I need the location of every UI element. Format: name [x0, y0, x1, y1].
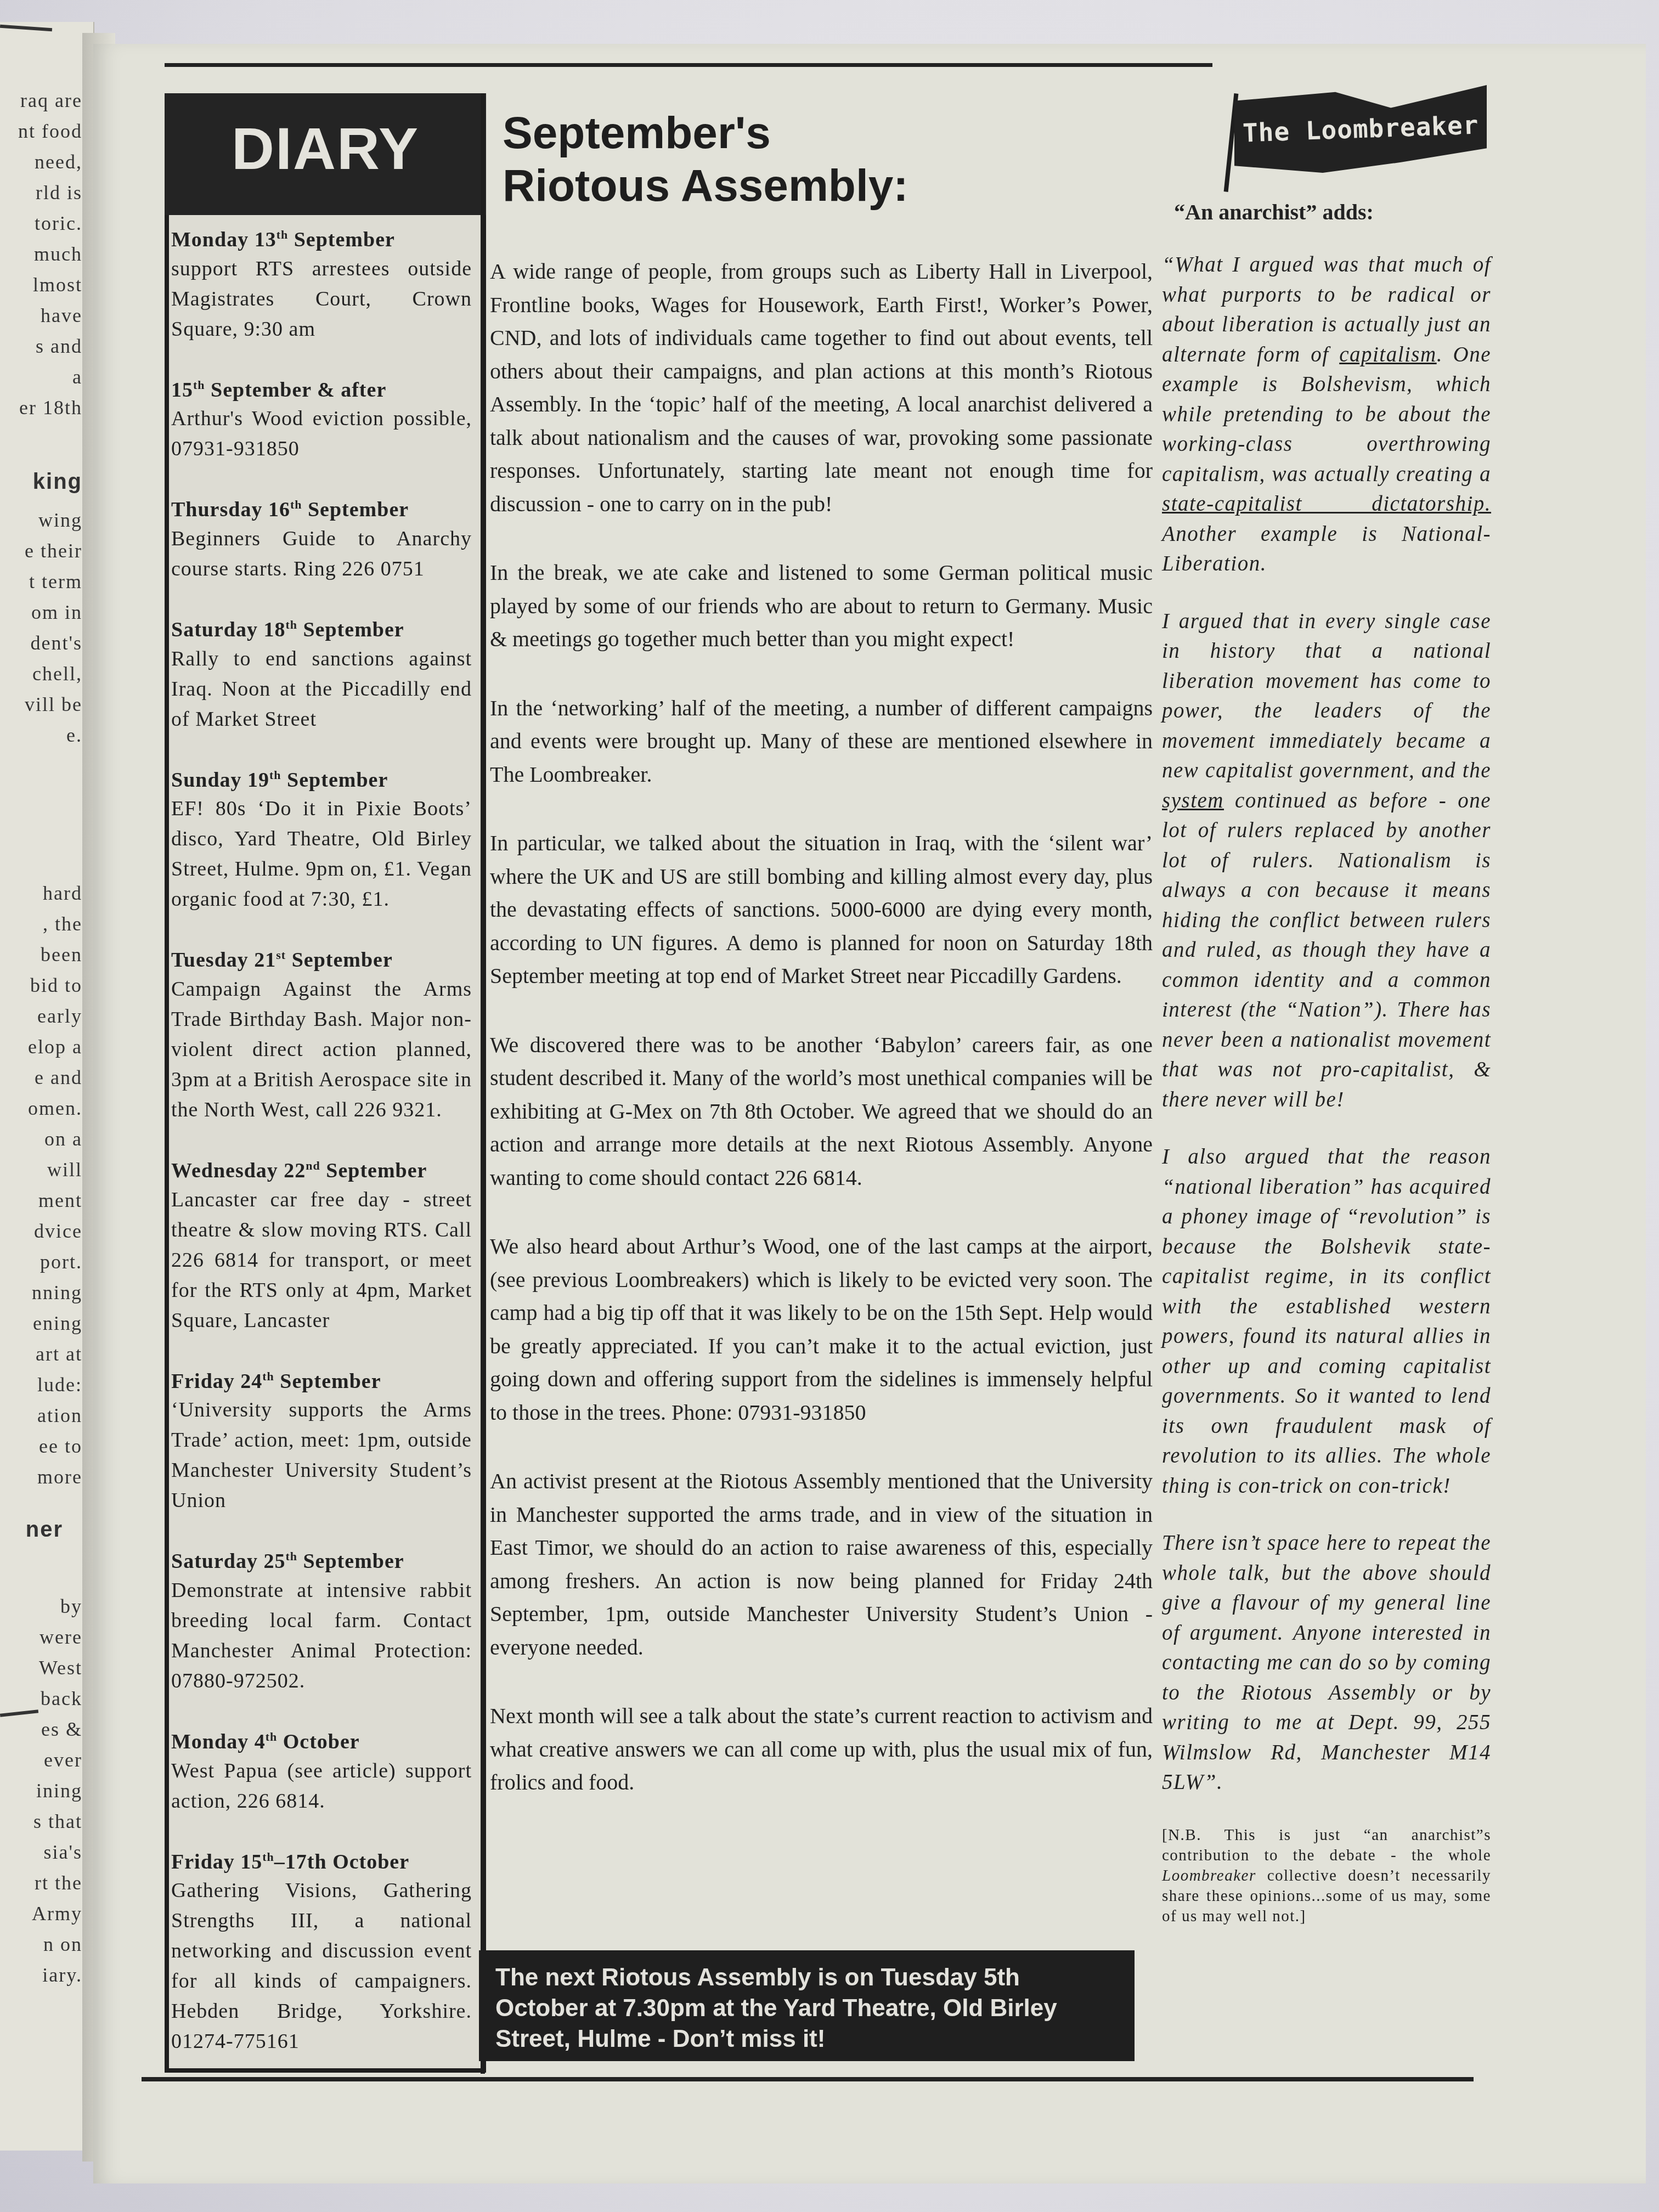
diary-entry-body: Lancaster car free day - street theatre … [171, 1185, 472, 1336]
diary-entry: Friday 24th September‘University support… [171, 1362, 472, 1516]
date-ordinal: th [285, 618, 297, 631]
left-page-text-line: e. [66, 720, 82, 751]
left-page-text-line: ee to [39, 1431, 82, 1462]
diary-entry-body: Demonstrate at intensive rabbit breeding… [171, 1576, 472, 1696]
date-ordinal: nd [306, 1159, 320, 1172]
left-page-text-line: early [37, 1001, 82, 1031]
date-month: September [288, 228, 395, 251]
date-day: 15 [171, 378, 193, 401]
diary-entry: Wednesday 22nd SeptemberLancaster car fr… [171, 1152, 472, 1336]
date-month: September [297, 618, 404, 641]
date-month: September & after [205, 378, 387, 401]
article-paragraph: We also heard about Arthur’s Wood, one o… [490, 1230, 1153, 1429]
left-page-text-line: es & [41, 1714, 82, 1745]
left-page-text-line: toric. [35, 208, 82, 239]
article-paragraph: In particular, we talked about the situa… [490, 827, 1153, 993]
left-page-text-line: om in [31, 597, 82, 628]
left-page-text-line: nt food [18, 116, 82, 146]
left-page-text-line: s and [36, 331, 82, 362]
left-page-text-line: raq are [20, 85, 82, 116]
date-day: Friday 15 [171, 1850, 262, 1873]
left-page-text-line: will [47, 1154, 82, 1185]
article-paragraph: An activist present at the Riotous Assem… [490, 1465, 1153, 1664]
date-day: Sunday 19 [171, 768, 269, 791]
left-page-text-line: Army [32, 1898, 82, 1929]
left-page-text-line: e and [35, 1062, 82, 1093]
article-paragraph: We discovered there was to be another ‘B… [490, 1029, 1153, 1195]
left-page-text-line: back [41, 1683, 82, 1714]
underlined-term: state-capitalist dictatorship. [1162, 492, 1491, 516]
diary-entry-date: Wednesday 22nd September [171, 1152, 472, 1185]
left-page-text-line: iary. [42, 1960, 82, 1990]
left-page-text-line: , the [43, 909, 82, 939]
diary-entry-date: Saturday 25th September [171, 1542, 472, 1576]
article-paragraph: In the ‘networking’ half of the meeting,… [490, 692, 1153, 792]
sidebar-paragraph: I also argued that the reason “national … [1162, 1142, 1491, 1501]
date-day: Saturday 18 [171, 618, 285, 641]
diary-entry-body: Beginners Guide to Anarchy course starts… [171, 524, 472, 584]
left-page-text-line: ation [37, 1400, 82, 1431]
top-rule [165, 63, 1212, 67]
diary-entry-date: Monday 4th October [171, 1723, 472, 1756]
sidebar-paragraph: There isn’t space here to repeat the who… [1162, 1528, 1491, 1798]
left-page-text-line: dent's [31, 628, 82, 658]
left-page-text-line: hard [43, 878, 82, 909]
article-title: September's Riotous Assembly: [503, 107, 1150, 212]
left-page-text-line: vill be [25, 689, 82, 720]
left-page-text-line: ining [36, 1775, 82, 1806]
left-page-text-line: lude: [37, 1369, 82, 1400]
left-page-text-line: wing [38, 505, 82, 535]
diary-title: DIARY [232, 114, 419, 183]
next-assembly-callout: The next Riotous Assembly is on Tuesday … [479, 1950, 1135, 2061]
text-span: continued as before - one lot of rulers … [1162, 789, 1491, 1111]
diary-entry: Monday 13th Septembersupport RTS arreste… [171, 221, 472, 345]
left-page-text-line: elop a [28, 1031, 82, 1062]
left-page-text-line: a [72, 362, 82, 392]
left-page-text-line: ening [33, 1308, 82, 1339]
flag-banner-icon: The Loombreaker [1234, 85, 1487, 173]
left-page-text-line: nning [32, 1277, 82, 1308]
date-month: September [274, 1369, 381, 1392]
date-month: September [302, 498, 409, 521]
date-ordinal: th [276, 228, 289, 241]
date-day: Saturday 25 [171, 1550, 285, 1573]
diary-entry-date: 15th September & after [171, 371, 472, 404]
left-page-heading-1: king [33, 466, 82, 497]
underlined-term: system [1162, 789, 1224, 812]
text-span: [N.B. This is just “an anarchist”s contr… [1162, 1826, 1491, 1864]
left-page-text-line: s that [33, 1806, 82, 1837]
date-month: September [281, 768, 388, 791]
left-page-text-line: much [34, 239, 82, 269]
left-page-text-line: bid to [30, 970, 82, 1001]
left-page-text-line: on a [44, 1124, 82, 1154]
left-page-text-line: West [39, 1652, 82, 1683]
diary-entry: Saturday 25th SeptemberDemonstrate at in… [171, 1542, 472, 1696]
column-kicker: “An anarchist” adds: [1174, 198, 1491, 227]
underlined-term: capitalism [1339, 343, 1437, 366]
left-page-text-line: e their [25, 535, 82, 566]
article-paragraph: In the break, we ate cake and listened t… [490, 556, 1153, 656]
left-page-text-line: been [41, 939, 82, 970]
diary-entry-date: Monday 13th September [171, 221, 472, 254]
diary-entry-body: Arthur's Wood eviction possible, 07931-9… [171, 404, 472, 464]
date-ordinal: th [290, 498, 302, 511]
left-page-text-line: rld is [36, 177, 82, 208]
diary-entry: Friday 15th–17th OctoberGathering Vision… [171, 1843, 472, 2057]
left-page-text-line: port. [40, 1246, 82, 1277]
diary-entries: Monday 13th Septembersupport RTS arreste… [171, 221, 472, 2083]
anarchist-adds-column: “An anarchist” adds: “What I argued was … [1162, 198, 1491, 1954]
left-page-text-line: more [37, 1462, 82, 1492]
bottom-rule [142, 2077, 1474, 2081]
date-ordinal: th [266, 1730, 278, 1743]
date-month: September [320, 1159, 427, 1182]
date-ordinal: th [262, 1369, 274, 1383]
date-day: Tuesday 21 [171, 949, 276, 972]
diary-entry-body: support RTS arrestees outside Magistrate… [171, 254, 472, 345]
date-ordinal: th [285, 1549, 297, 1563]
date-day: Wednesday 22 [171, 1159, 306, 1182]
date-ordinal: th [193, 378, 205, 392]
date-ordinal: st [276, 948, 286, 962]
date-month: October [277, 1730, 359, 1753]
left-page-text-line: lmost [33, 269, 82, 300]
left-page-text-line: by [60, 1591, 82, 1622]
diary-entry-body: Campaign Against the Arms Trade Birthday… [171, 974, 472, 1125]
diary-entry: 15th September & afterArthur's Wood evic… [171, 371, 472, 465]
diary-entry: Tuesday 21st SeptemberCampaign Against t… [171, 941, 472, 1125]
masthead-title: The Loombreaker [1242, 110, 1479, 148]
diary-entry-date: Tuesday 21st September [171, 941, 472, 974]
date-ordinal: th [269, 768, 281, 782]
date-ordinal: th [262, 1850, 274, 1864]
text-span: Another example is National-Liberation. [1162, 522, 1491, 576]
diary-entry: Monday 4th OctoberWest Papua (see articl… [171, 1723, 472, 1816]
left-facing-page: raq arent foodneed,rld istoric.muchlmost… [0, 22, 94, 2151]
diary-entry-body: ‘University supports the Arms Trade’ act… [171, 1395, 472, 1516]
left-page-top-rule [0, 25, 52, 32]
article-title-line-1: September's [503, 107, 1150, 160]
left-page-text-line: omen. [28, 1093, 82, 1124]
left-page-heading-2: ner [26, 1514, 63, 1545]
left-page-text-line: dvice [34, 1216, 82, 1246]
date-day: Monday 4 [171, 1730, 266, 1753]
article-paragraph: Next month will see a talk about the sta… [490, 1700, 1153, 1799]
article-body: A wide range of people, from groups such… [490, 255, 1153, 1835]
article-title-line-2: Riotous Assembly: [503, 160, 1150, 212]
editorial-note: [N.B. This is just “an anarchist”s contr… [1162, 1825, 1491, 1927]
left-page-bottom-rule [0, 1709, 38, 1717]
date-day: Friday 24 [171, 1369, 262, 1392]
diary-entry: Thursday 16th SeptemberBeginners Guide t… [171, 490, 472, 584]
left-page-text-line: need, [35, 146, 82, 177]
diary-entry-date: Sunday 19th September [171, 761, 472, 794]
diary-entry-body: West Papua (see article) support action,… [171, 1756, 472, 1816]
sidebar-paragraph: I argued that in every single case in hi… [1162, 607, 1491, 1115]
diary-header: DIARY [165, 93, 486, 215]
loombreaker-masthead: The Loombreaker [1223, 85, 1498, 187]
diary-entry-date: Friday 15th–17th October [171, 1843, 472, 1876]
article-paragraph: A wide range of people, from groups such… [490, 255, 1153, 521]
left-page-text-line: ment [38, 1185, 82, 1216]
diary-entry-body: Rally to end sanctions against Iraq. Noo… [171, 644, 472, 735]
left-page-text-line: sia's [44, 1837, 83, 1867]
left-page-text-line: n on [43, 1929, 82, 1960]
left-page-text-line: t term [29, 566, 82, 597]
text-span: I argued that in every single case in hi… [1162, 610, 1491, 783]
diary-entry-date: Saturday 18th September [171, 611, 472, 644]
left-page-text-line: have [41, 300, 82, 331]
date-month: September [297, 1550, 404, 1573]
diary-entry-body: EF! 80s ‘Do it in Pixie Boots’ disco, Ya… [171, 794, 472, 915]
left-page-text-line: were [39, 1622, 82, 1652]
column-divider [481, 93, 485, 2074]
diary-entry-date: Thursday 16th September [171, 490, 472, 524]
left-page-text-line: chell, [32, 658, 82, 689]
diary-entry-date: Friday 24th September [171, 1362, 472, 1396]
left-page-text-line: ever [44, 1745, 82, 1775]
date-day: Monday 13 [171, 228, 276, 251]
date-month: –17th October [274, 1850, 409, 1873]
diary-entry: Saturday 18th SeptemberRally to end sanc… [171, 611, 472, 735]
date-month: September [286, 949, 393, 972]
diary-entry: Sunday 19th SeptemberEF! 80s ‘Do it in P… [171, 761, 472, 915]
left-page-text-line: rt the [35, 1867, 82, 1898]
left-page-text-line: er 18th [19, 392, 82, 423]
sidebar-paragraph: “What I argued was that much of what pur… [1162, 250, 1491, 579]
date-day: Thursday 16 [171, 498, 290, 521]
italic-term: Loombreaker [1162, 1867, 1256, 1884]
left-page-text-line: art at [36, 1339, 82, 1369]
diary-entry-body: Gathering Visions, Gathering Strengths I… [171, 1876, 472, 2057]
